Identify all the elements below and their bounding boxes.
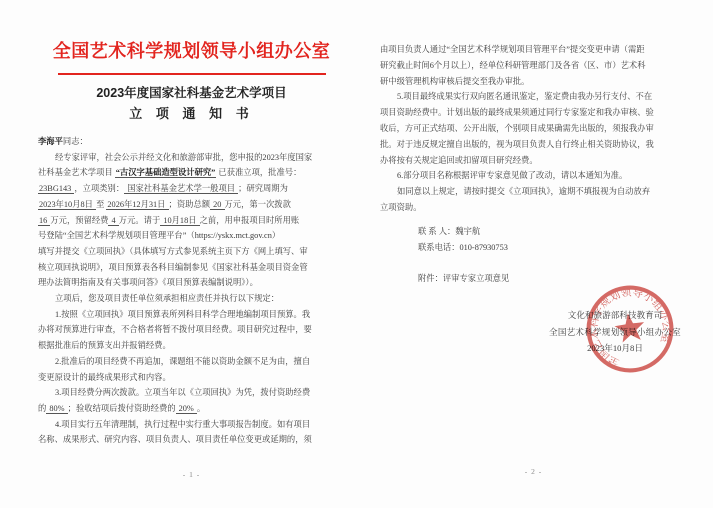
text-segment: 4.项目实行五年清理制，执行过程中实行重大事项报告制度。如有项目	[55, 420, 310, 429]
text-line: 名称、成果形式、研究内容、项目负责人、项目责任单位变更或延期的，须	[38, 432, 345, 448]
text-segment: 研中级管理机构审核后提交至我办审批。	[380, 77, 529, 86]
text-line: 4.项目实行五年清理制，执行过程中实行重大事项报告制度。如有项目	[38, 417, 345, 433]
text-segment: 联系电话：010-87930753	[418, 243, 508, 252]
text-line: 1.按照《立项回执》项目预算表所列科目科学合理地编制项目预算。我	[38, 307, 345, 323]
text-line: 3.项目经费分两次拨款。立项当年以《立项回执》为凭，拨付资助经费	[38, 385, 345, 401]
text-segment: 3.项目经费分两次拨款。立项当年以《立项回执》为凭，拨付资助经费	[55, 388, 310, 397]
text-segment: 变更原设计的最终成果形式和内容。	[38, 373, 171, 382]
text-line: 核立项回执说明》，项目预算表各科目编制参见《国家社科基金项目资金管	[38, 260, 345, 276]
text-segment: 1.按照《立项回执》项目预算表所列科目科学合理地编制项目预算。我	[55, 310, 310, 319]
text-segment: 名称、成果形式、研究内容、项目负责人、项目责任单位变更或延期的，须	[38, 435, 312, 444]
text-segment: 16	[38, 216, 50, 226]
text-segment: 收后，方可正式结项、公开出版，个别项目成果确需先出版的，须报我办审	[380, 124, 654, 133]
signature-department: 文化和旅游部科技教育司	[540, 307, 690, 324]
text-line: 李海平同志：	[38, 134, 345, 150]
signature-office: 全国艺术科学规划领导小组办公室	[540, 324, 690, 341]
text-line: 填写并提交《立项回执》（具体填写方式参见系统主页下方《网上填写、审	[38, 244, 345, 260]
text-line: 联 系 人：魏宇航	[380, 224, 688, 240]
notice-page-1: 全国艺术科学规划领导小组办公室 2023年度国家社科基金艺术学项目 立 项 通 …	[38, 38, 345, 448]
text-line: 由项目负责人通过“全国艺术科学规划项目管理平台”提交变更申请（需距	[380, 42, 688, 58]
text-segment: 立项后，您及项目责任单位须承担相应责任并执行以下规定：	[55, 294, 279, 303]
text-segment: 万元，第一次拨款	[225, 200, 291, 209]
text-line	[380, 255, 688, 271]
text-segment: 如同意以上规定，请按时提交《立项回执》，逾期不填报视为自动放弃	[397, 187, 650, 196]
text-segment: 核立项回执说明》，项目预算表各科目编制参见《国家社科基金项目资金管	[38, 263, 308, 272]
text-segment: 6.部分项目名称根据评审专家意见做了改动，请以本通知为准。	[397, 171, 627, 180]
text-segment: 附件：评审专家立项意见	[418, 274, 509, 283]
text-segment: 至	[96, 200, 106, 209]
text-segment: 万元，预留经费	[50, 216, 108, 225]
text-line: 批。对于违反规定擅自出版的，视为项目负责人自行终止相关资助协议，我	[380, 137, 688, 153]
text-segment: 万元。请于	[119, 216, 161, 225]
text-segment: 已获准立项，批准号：	[216, 168, 301, 177]
signature-block: 文化和旅游部科技教育司 全国艺术科学规划领导小组办公室 2023年10月8日	[540, 307, 690, 357]
notice-subtitle: 2023年度国家社科基金艺术学项目	[38, 85, 345, 101]
page-1-body-text: 李海平同志：经专家评审，社会公示并经文化和旅游部审批，您申报的2023年度国家社…	[38, 134, 345, 448]
text-line: 立项资助。	[380, 200, 688, 216]
text-segment: 号登陆“全国艺术科学规划项目管理平台”（https://yskx.mct.gov…	[38, 231, 280, 240]
issuing-org-title: 全国艺术科学规划领导小组办公室	[38, 38, 345, 64]
notice-page-2: 由项目负责人通过“全国艺术科学规划项目管理平台”提交变更申请（需距研究截止时间6…	[380, 40, 688, 287]
text-segment: 李海平	[38, 137, 63, 146]
text-line: 项目资助经费中。计划出版的最终成果须通过同行专家鉴定和我办审核、验	[380, 105, 688, 121]
text-line: 理办法简明指南及有关事项问答》《项目预算表编制说明》）。	[38, 275, 345, 291]
text-line: 研中级管理机构审核后提交至我办审批。	[380, 74, 688, 90]
text-segment: 根据批准后的预算支出并报销经费。	[38, 341, 171, 350]
text-segment: 研究截止时间6个月以上），经单位科研管理部门及各省（区、市）艺术科	[380, 61, 646, 70]
text-segment: 。	[197, 404, 205, 413]
text-line: 2.批准后的项目经费不再追加，课题组不能以资助金额不足为由，擅自	[38, 354, 345, 370]
text-segment: ，立项类别：	[74, 184, 124, 193]
text-line: 办将按有关规定追回或扣留项目研究经费。	[380, 153, 688, 169]
text-line: 社科基金艺术学项目 “古汉字基础造型设计研究” 已获准立项，批准号：	[38, 165, 345, 181]
text-segment: 2.批准后的项目经费不再追加，课题组不能以资助金额不足为由，擅自	[55, 357, 310, 366]
text-line: 联系电话：010-87930753	[380, 240, 688, 256]
text-line: 附件：评审专家立项意见	[380, 271, 688, 287]
document-scan-viewer: { "accent_red": "#e2241e", "stamp": { "c…	[0, 0, 713, 508]
text-segment: ；研究周期为	[238, 184, 288, 193]
text-line: 变更原设计的最终成果形式和内容。	[38, 370, 345, 386]
text-segment: 20%	[176, 404, 197, 414]
text-segment: 4	[108, 216, 118, 226]
signature-date: 2023年10月8日	[540, 340, 690, 357]
text-segment: 联 系 人：魏宇航	[418, 227, 480, 236]
text-line: 的 80% ；验收结项后拨付资助经费的 20% 。	[38, 401, 345, 417]
page-2-number: - 2 -	[380, 467, 687, 476]
text-segment: 之前，用申报项目时所用账	[200, 216, 300, 225]
text-line: 收后，方可正式结项、公开出版，个别项目成果确需先出版的，须报我办审	[380, 121, 688, 137]
text-line: 办将对预算进行审查，不合格者将暂不拨付项目经费。项目研究过程中，要	[38, 322, 345, 338]
text-segment: 社科基金艺术学项目	[38, 168, 115, 177]
text-segment: 国家社科基金艺术学一般项目	[124, 184, 238, 194]
text-line: 16 万元，预留经费 4 万元。请于 10月18日 之前，用申报项目时所用账	[38, 213, 345, 229]
text-segment: 2026年12月31日	[106, 200, 168, 210]
text-segment: 由项目负责人通过“全国艺术科学规划项目管理平台”提交变更申请（需距	[380, 45, 645, 54]
red-divider-line	[58, 73, 326, 75]
text-line: 研究截止时间6个月以上），经单位科研管理部门及各省（区、市）艺术科	[380, 58, 688, 74]
notice-doc-title: 立 项 通 知 书	[38, 106, 345, 122]
text-segment: 办将按有关规定追回或扣留项目研究经费。	[380, 156, 538, 165]
text-segment: 同志：	[63, 137, 88, 146]
text-segment: 5.项目最终成果实行双向匿名通讯鉴定，鉴定费由我办另行支付、不在	[397, 92, 652, 101]
text-segment: 理办法简明指南及有关事项问答》《项目预算表编制说明》）。	[38, 278, 258, 287]
text-segment: ；验收结项后拨付资助经费的	[68, 404, 176, 413]
text-segment: 2023年10月8日	[38, 200, 96, 210]
text-line: 5.项目最终成果实行双向匿名通讯鉴定，鉴定费由我办另行支付、不在	[380, 89, 688, 105]
text-line: 根据批准后的预算支出并报销经费。	[38, 338, 345, 354]
text-line: 号登陆“全国艺术科学规划项目管理平台”（https://yskx.mct.gov…	[38, 228, 345, 244]
text-line: 如同意以上规定，请按时提交《立项回执》，逾期不填报视为自动放弃	[380, 184, 688, 200]
text-segment: 立项资助。	[380, 203, 422, 212]
text-segment: “古汉字基础造型设计研究”	[115, 168, 217, 178]
text-segment: 批。对于违反规定擅自出版的，视为项目负责人自行终止相关资助协议，我	[380, 140, 654, 149]
text-line: 6.部分项目名称根据评审专家意见做了改动，请以本通知为准。	[380, 168, 688, 184]
text-segment: 经专家评审，社会公示并经文化和旅游部审批，您申报的2023年度国家	[55, 153, 312, 162]
text-line: 2023年10月8日 至 2026年12月31日 ；资助总额 20 万元，第一次…	[38, 197, 345, 213]
text-segment: 办将对预算进行审查，不合格者将暂不拨付项目经费。项目研究过程中，要	[38, 325, 312, 334]
page-2-body-text: 由项目负责人通过“全国艺术科学规划项目管理平台”提交变更申请（需距研究截止时间6…	[380, 42, 688, 287]
text-segment: 10月18日	[160, 216, 199, 226]
text-segment: 20	[210, 200, 224, 210]
text-line: 立项后，您及项目责任单位须承担相应责任并执行以下规定：	[38, 291, 345, 307]
text-segment: ；资助总额	[169, 200, 211, 209]
text-line: 经专家评审，社会公示并经文化和旅游部审批，您申报的2023年度国家	[38, 150, 345, 166]
text-segment: 23BG143	[38, 184, 74, 194]
text-segment: 填写并提交《立项回执》（具体填写方式参见系统主页下方《网上填写、审	[38, 247, 308, 256]
text-line: 23BG143 ，立项类别： 国家社科基金艺术学一般项目 ；研究周期为	[38, 181, 345, 197]
page-1-number: - 1 -	[38, 470, 345, 479]
text-segment: 项目资助经费中。计划出版的最终成果须通过同行专家鉴定和我办审核、验	[380, 108, 654, 117]
text-segment: 80%	[46, 404, 67, 414]
